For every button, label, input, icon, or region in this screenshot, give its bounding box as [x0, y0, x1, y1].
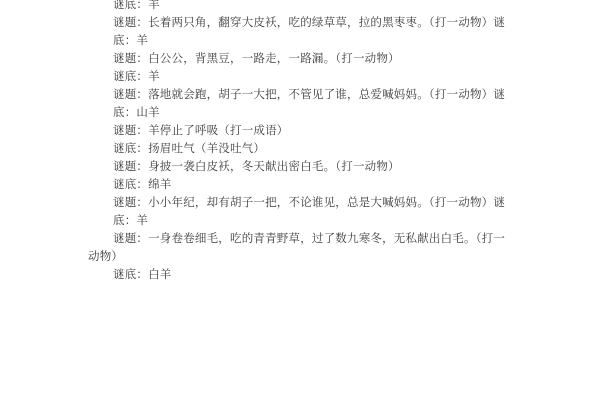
riddle-question-continuation: 动物）	[88, 249, 123, 263]
riddle-answer: 谜底：白羊	[113, 267, 172, 281]
document-page: 谜底：羊 谜题：长着两只角，翻穿大皮袄，吃的绿草草，拉的黑枣枣。（打一动物）谜 …	[0, 0, 600, 400]
riddle-answer: 谜底：羊	[113, 69, 160, 83]
riddle-answer: 底：羊	[113, 213, 148, 227]
riddle-answer: 谜底：绵羊	[113, 177, 172, 191]
riddle-question: 谜题：小小年纪，却有胡子一把，不论谁见，总是大喊妈妈。（打一动物）谜	[113, 195, 505, 209]
riddle-answer: 底：羊	[113, 33, 148, 47]
riddle-answer: 谜底：羊	[113, 0, 160, 11]
riddle-answer: 底：山羊	[113, 105, 160, 119]
riddle-question: 谜题：长着两只角，翻穿大皮袄，吃的绿草草，拉的黑枣枣。（打一动物）谜	[113, 15, 505, 29]
riddle-question: 谜题：身披一袭白皮袄，冬天献出密白毛。（打一动物）	[113, 159, 400, 173]
riddle-question: 谜题：羊停止了呼吸（打一成语）	[113, 123, 289, 137]
riddle-answer: 谜底：扬眉吐气（羊没吐气）	[113, 141, 265, 155]
riddle-question: 谜题：白公公，背黑豆，一路走，一路漏。（打一动物）	[113, 51, 400, 65]
riddle-question: 谜题：落地就会跑，胡子一大把，不管见了谁，总爱喊妈妈。（打一动物）谜	[113, 87, 505, 101]
riddle-question: 谜题：一身卷卷细毛，吃的青青野草，过了数九寒冬，无私献出白毛。（打一	[113, 231, 505, 245]
